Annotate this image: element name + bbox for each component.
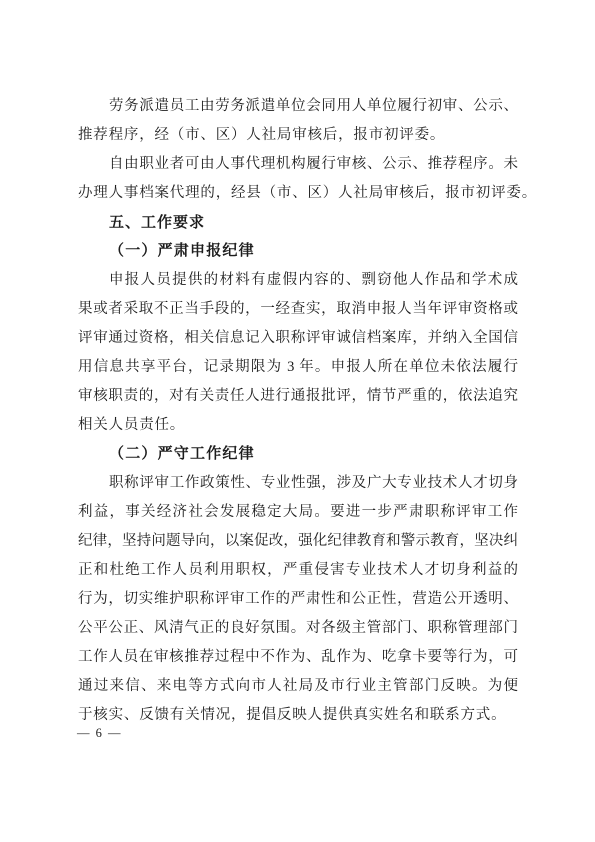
- body-line: 劳务派遣员工由劳务派遣单位会同用人单位履行初审、公示、: [78, 92, 518, 121]
- body-line: 申报人员提供的材料有虚假内容的、剽窃他人作品和学术成: [78, 266, 518, 295]
- body-line: 工作人员在审核推荐过程中不作为、乱作为、吃拿卡要等行为，可: [78, 643, 518, 672]
- body-line: 纪律，坚持问题导向，以案促改，强化纪律教育和警示教育，坚决纠: [78, 527, 518, 556]
- body-line: 利益，事关经济社会发展稳定大局。要进一步严肃职称评审工作: [78, 498, 518, 527]
- section-heading: 五、工作要求: [78, 208, 518, 237]
- body-line: 推荐程序，经（市、区）人社局审核后，报市初评委。: [78, 121, 518, 150]
- document-page: 劳务派遣员工由劳务派遣单位会同用人单位履行初审、公示、 推荐程序，经（市、区）人…: [0, 0, 595, 842]
- body-line: 公平公正、风清气正的良好氛围。对各级主管部门、职称管理部门: [78, 614, 518, 643]
- body-line: 评审通过资格，相关信息记入职称评审诚信档案库，并纳入全国信: [78, 324, 518, 353]
- page-number: — 6 —: [77, 726, 122, 740]
- body-line: 用信息共享平台，记录期限为 3 年。申报人所在单位未依法履行: [78, 353, 518, 382]
- sub-heading: （一）严肃申报纪律: [78, 237, 518, 266]
- body-line: 正和杜绝工作人员利用职权，严重侵害专业技术人才切身利益的: [78, 556, 518, 585]
- body-line: 行为，切实维护职称评审工作的严肃性和公正性，营造公开透明、: [78, 585, 518, 614]
- body-line: 办理人事档案代理的，经县（市、区）人社局审核后，报市初评委。: [78, 179, 518, 208]
- body-line: 通过来信、来电等方式向市人社局及市行业主管部门反映。为便: [78, 672, 518, 701]
- body-line: 自由职业者可由人事代理机构履行审核、公示、推荐程序。未: [78, 150, 518, 179]
- body-line: 职称评审工作政策性、专业性强，涉及广大专业技术人才切身: [78, 469, 518, 498]
- body-line: 果或者采取不正当手段的，一经查实，取消申报人当年评审资格或: [78, 295, 518, 324]
- text-block: 劳务派遣员工由劳务派遣单位会同用人单位履行初审、公示、 推荐程序，经（市、区）人…: [78, 92, 518, 730]
- body-line: 于核实、反馈有关情况，提倡反映人提供真实姓名和联系方式。: [78, 701, 518, 730]
- body-line: 审核职责的，对有关责任人进行通报批评，情节严重的，依法追究: [78, 382, 518, 411]
- body-line: 相关人员责任。: [78, 411, 518, 440]
- sub-heading: （二）严守工作纪律: [78, 440, 518, 469]
